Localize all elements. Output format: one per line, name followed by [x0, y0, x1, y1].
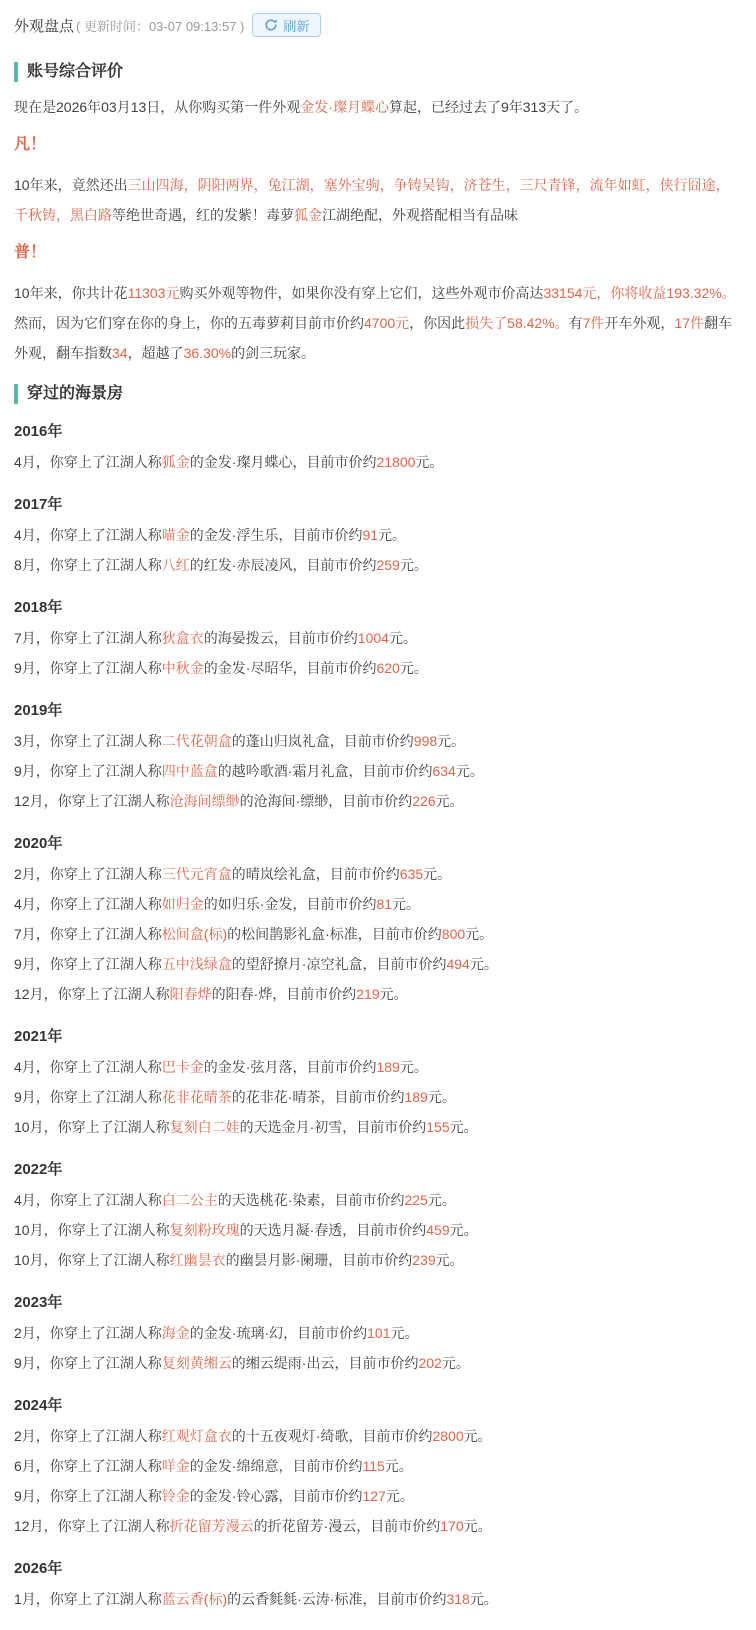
- plain-text: 7月，你穿上了江湖人称: [14, 926, 162, 942]
- highlight-text: 如归金: [162, 896, 204, 912]
- year-heading: 2026年: [14, 1554, 742, 1584]
- highlight-text: 800: [442, 926, 465, 942]
- highlight-text: 259: [376, 557, 399, 573]
- plain-text: 10年来，竟然还出: [14, 177, 128, 193]
- refresh-button[interactable]: 刷新: [252, 13, 321, 37]
- plain-text: 的望舒撩月·凉空礼盒，目前市价约: [232, 956, 447, 972]
- plain-text: 的红发·赤辰凌风，目前市价约: [190, 557, 377, 573]
- worn-entry: 12月，你穿上了江湖人称折花留芳漫云的折花留芳·漫云，目前市价约170元。: [14, 1511, 742, 1541]
- highlight-text: 损失了58.42%。: [465, 315, 568, 331]
- plain-text: 元。: [400, 660, 428, 676]
- grade-label-fan: 凡！: [14, 130, 742, 160]
- highlight-text: 101: [367, 1325, 390, 1341]
- plain-text: 的金发·琉璃·幻，目前市价约: [190, 1325, 367, 1341]
- plain-text: 元。: [428, 1089, 456, 1105]
- plain-text: 的蓬山归岚礼盒，目前市价约: [232, 733, 414, 749]
- highlight-text: 松间盒(标): [162, 926, 227, 942]
- plain-text: 等绝世奇遇，红的发紫！毒萝: [112, 207, 294, 223]
- worn-entry: 1月，你穿上了江湖人称蓝云香(标)的云香毵毵·云涛·标准，目前市价约318元。: [14, 1584, 742, 1614]
- plain-text: 的云香毵毵·云涛·标准，目前市价约: [227, 1591, 446, 1607]
- highlight-text: 620: [376, 660, 399, 676]
- highlight-text: 635: [400, 866, 423, 882]
- pu-paragraph: 10年来，你共计花11303元购买外观等物件，如果你没有穿上它们，这些外观市价高…: [14, 278, 742, 368]
- highlight-text: 咩金: [162, 1458, 190, 1474]
- plain-text: 4月，你穿上了江湖人称: [14, 1192, 162, 1208]
- year-heading: 2020年: [14, 829, 742, 859]
- plain-text: 的金发·尽昭华，目前市价约: [204, 660, 377, 676]
- plain-text: 有: [569, 315, 583, 331]
- highlight-text: 226: [412, 793, 435, 809]
- plain-text: 元。: [423, 866, 451, 882]
- plain-text: 10月，你穿上了江湖人称: [14, 1222, 170, 1238]
- worn-entry: 12月，你穿上了江湖人称沧海间缥缈的沧海间·缥缈，目前市价约226元。: [14, 786, 742, 816]
- worn-entry: 12月，你穿上了江湖人称阳春烨的阳春·烨，目前市价约219元。: [14, 979, 742, 1009]
- plain-text: 元。: [442, 1355, 470, 1371]
- highlight-text: 四中蓝盒: [162, 763, 218, 779]
- plain-text: 元。: [390, 1325, 418, 1341]
- worn-entry: 7月，你穿上了江湖人称松间盒(标)的松间鹊影礼盒·标准，目前市价约800元。: [14, 919, 742, 949]
- worn-entry: 9月，你穿上了江湖人称四中蓝盒的越吟歌酒·霜月礼盒，目前市价约634元。: [14, 756, 742, 786]
- plain-text: 12月，你穿上了江湖人称: [14, 986, 170, 1002]
- page-header: 外观盘点 ( 更新时间：03-07 09:13:57 ) 刷新: [0, 0, 756, 46]
- plain-text: 元。: [378, 527, 406, 543]
- plain-text: 元。: [436, 793, 464, 809]
- highlight-text: 33154元，你将收益193.32%。: [543, 285, 735, 301]
- plain-text: 的金发·璨月蝶心，目前市价约: [190, 454, 377, 470]
- section-title-account-evaluation: 账号综合评价: [14, 62, 742, 82]
- plain-text: 元。: [380, 986, 408, 1002]
- highlight-text: 花非花晴茶: [162, 1089, 232, 1105]
- plain-text: 元。: [470, 956, 498, 972]
- worn-entry: 10月，你穿上了江湖人称复刻粉玫瑰的天选月凝·春透，目前市价约459元。: [14, 1215, 742, 1245]
- fan-paragraph: 10年来，竟然还出三山四海，阴阳两界，兔江湖，塞外宝驹，争铸吴钩，济苍生，三尺青…: [14, 170, 742, 230]
- plain-text: 的金发·弦月落，目前市价约: [204, 1059, 377, 1075]
- highlight-text: 202: [418, 1355, 441, 1371]
- year-heading: 2021年: [14, 1022, 742, 1052]
- plain-text: 元。: [456, 763, 484, 779]
- highlight-text: 34: [112, 345, 128, 361]
- plain-text: 的金发·浮生乐，目前市价约: [190, 527, 363, 543]
- highlight-text: 219: [356, 986, 379, 1002]
- highlight-text: 白二公主: [162, 1192, 218, 1208]
- plain-text: 的十五夜观灯·绮歌，目前市价约: [232, 1428, 433, 1444]
- plain-text: 10月，你穿上了江湖人称: [14, 1119, 170, 1135]
- highlight-text: 复刻粉玫瑰: [170, 1222, 240, 1238]
- highlight-text: 二代花朝盒: [162, 733, 232, 749]
- highlight-text: 4700元: [364, 315, 409, 331]
- highlight-text: 喵金: [162, 527, 190, 543]
- plain-text: 1月，你穿上了江湖人称: [14, 1591, 162, 1607]
- plain-text: 2月，你穿上了江湖人称: [14, 866, 162, 882]
- highlight-text: 170: [440, 1518, 463, 1534]
- highlight-text: 81: [376, 896, 392, 912]
- highlight-text: 沧海间缥缈: [170, 793, 240, 809]
- grade-label-pu: 普！: [14, 238, 742, 268]
- year-heading: 2024年: [14, 1391, 742, 1421]
- plain-text: 元。: [428, 1192, 456, 1208]
- plain-text: ，你因此: [409, 315, 465, 331]
- plain-text: 的缃云缇雨·出云，目前市价约: [232, 1355, 419, 1371]
- worn-entry: 9月，你穿上了江湖人称五中浅绿盒的望舒撩月·凉空礼盒，目前市价约494元。: [14, 949, 742, 979]
- plain-text: 9月，你穿上了江湖人称: [14, 1089, 162, 1105]
- page-title: 外观盘点: [14, 15, 74, 36]
- worn-entry: 4月，你穿上了江湖人称白二公主的天选桃花·染素，目前市价约225元。: [14, 1185, 742, 1215]
- plain-text: 2月，你穿上了江湖人称: [14, 1428, 162, 1444]
- highlight-text: 494: [446, 956, 469, 972]
- plain-text: 元。: [450, 1222, 478, 1238]
- highlight-text: 蓝云香(标): [162, 1591, 227, 1607]
- plain-text: 的天选金月·初雪，目前市价约: [240, 1119, 427, 1135]
- worn-entry: 6月，你穿上了江湖人称咩金的金发·绵绵意，目前市价约115元。: [14, 1451, 742, 1481]
- year-heading: 2017年: [14, 490, 742, 520]
- highlight-text: 红观灯盒衣: [162, 1428, 232, 1444]
- highlight-text: 狐金: [162, 454, 190, 470]
- highlight-text: 189: [376, 1059, 399, 1075]
- plain-text: 的天选桃花·染素，目前市价约: [218, 1192, 405, 1208]
- worn-years: 2016年4月，你穿上了江湖人称狐金的金发·璨月蝶心，目前市价约21800元。2…: [14, 417, 742, 1614]
- plain-text: 购买外观等物件，如果你没有穿上它们，这些外观市价高达: [179, 285, 543, 301]
- worn-entry: 9月，你穿上了江湖人称铃金的金发·铃心露，目前市价约127元。: [14, 1481, 742, 1511]
- highlight-text: 红幽昙衣: [170, 1252, 226, 1268]
- worn-entry: 4月，你穿上了江湖人称巴卡金的金发·弦月落，目前市价约189元。: [14, 1052, 742, 1082]
- plain-text: 8月，你穿上了江湖人称: [14, 557, 162, 573]
- appearance-report-page: 外观盘点 ( 更新时间：03-07 09:13:57 ) 刷新 账号综合评价 现…: [0, 0, 756, 1630]
- year-heading: 2022年: [14, 1155, 742, 1185]
- worn-entry: 10月，你穿上了江湖人称复刻白二娃的天选金月·初雪，目前市价约155元。: [14, 1112, 742, 1142]
- refresh-icon: [264, 18, 278, 32]
- plain-text: 的天选月凝·春透，目前市价约: [240, 1222, 427, 1238]
- year-heading: 2023年: [14, 1288, 742, 1318]
- worn-entry: 9月，你穿上了江湖人称花非花晴茶的花非花·晴茶，目前市价约189元。: [14, 1082, 742, 1112]
- update-time: ( 更新时间：03-07 09:13:57 ): [76, 16, 244, 35]
- plain-text: 元。: [415, 454, 443, 470]
- worn-entry: 7月，你穿上了江湖人称狄盒衣的海晏拨云，目前市价约1004元。: [14, 623, 742, 653]
- plain-text: 6月，你穿上了江湖人称: [14, 1458, 162, 1474]
- plain-text: 元。: [400, 1059, 428, 1075]
- plain-text: 12月，你穿上了江湖人称: [14, 793, 170, 809]
- plain-text: 的海晏拨云，目前市价约: [204, 630, 358, 646]
- highlight-text: 115: [362, 1458, 384, 1474]
- plain-text: 的沧海间·缥缈，目前市价约: [240, 793, 413, 809]
- highlight-text: 三代元宵盒: [162, 866, 232, 882]
- plain-text: 12月，你穿上了江湖人称: [14, 1518, 170, 1534]
- plain-text: 元。: [437, 733, 465, 749]
- plain-text: 开车外观，: [604, 315, 674, 331]
- plain-text: 元。: [465, 926, 493, 942]
- plain-text: 10年来，你共计花: [14, 285, 128, 301]
- plain-text: 算起，已经过去了9年313天了。: [389, 99, 588, 115]
- plain-text: 元。: [436, 1252, 464, 1268]
- plain-text: 10月，你穿上了江湖人称: [14, 1252, 170, 1268]
- plain-text: 江湖绝配，外观搭配相当有品味: [322, 207, 518, 223]
- highlight-text: 阳春烨: [170, 986, 212, 1002]
- highlight-text: 189: [404, 1089, 427, 1105]
- worn-entry: 4月，你穿上了江湖人称喵金的金发·浮生乐，目前市价约91元。: [14, 520, 742, 550]
- plain-text: 的金发·铃心露，目前市价约: [190, 1488, 363, 1504]
- plain-text: 元。: [464, 1428, 492, 1444]
- plain-text: 元。: [386, 1488, 414, 1504]
- worn-entry: 9月，你穿上了江湖人称中秋金的金发·尽昭华，目前市价约620元。: [14, 653, 742, 683]
- highlight-text: 五中浅绿盒: [162, 956, 232, 972]
- plain-text: 4月，你穿上了江湖人称: [14, 454, 162, 470]
- plain-text: 现在是2026年03月13日，从你购买第一件外观: [14, 99, 300, 115]
- highlight-text: 239: [412, 1252, 435, 1268]
- highlight-text: 复刻黄缃云: [162, 1355, 232, 1371]
- plain-text: 的剑三玩家。: [231, 345, 315, 361]
- plain-text: 9月，你穿上了江湖人称: [14, 956, 162, 972]
- plain-text: 2月，你穿上了江湖人称: [14, 1325, 162, 1341]
- highlight-text: 铃金: [162, 1488, 190, 1504]
- worn-entry: 8月，你穿上了江湖人称八红的红发·赤辰凌风，目前市价约259元。: [14, 550, 742, 580]
- worn-entry: 4月，你穿上了江湖人称狐金的金发·璨月蝶心，目前市价约21800元。: [14, 447, 742, 477]
- plain-text: 4月，你穿上了江湖人称: [14, 1059, 162, 1075]
- highlight-text: 225: [404, 1192, 427, 1208]
- worn-entry: 2月，你穿上了江湖人称三代元宵盒的晴岚绘礼盒，目前市价约635元。: [14, 859, 742, 889]
- plain-text: 元。: [400, 557, 428, 573]
- worn-entry: 2月，你穿上了江湖人称海金的金发·琉璃·幻，目前市价约101元。: [14, 1318, 742, 1348]
- worn-entry: 9月，你穿上了江湖人称复刻黄缃云的缃云缇雨·出云，目前市价约202元。: [14, 1348, 742, 1378]
- year-heading: 2016年: [14, 417, 742, 447]
- plain-text: 的花非花·晴茶，目前市价约: [232, 1089, 405, 1105]
- plain-text: 的松间鹊影礼盒·标准，目前市价约: [227, 926, 442, 942]
- year-heading: 2019年: [14, 696, 742, 726]
- plain-text: 4月，你穿上了江湖人称: [14, 527, 162, 543]
- worn-entry: 10月，你穿上了江湖人称红幽昙衣的幽昙月影·阑珊，目前市价约239元。: [14, 1245, 742, 1275]
- plain-text: 9月，你穿上了江湖人称: [14, 1488, 162, 1504]
- year-heading: 2018年: [14, 593, 742, 623]
- plain-text: 的幽昙月影·阑珊，目前市价约: [226, 1252, 413, 1268]
- highlight-text: 2800: [432, 1428, 463, 1444]
- highlight-text: 八红: [162, 557, 190, 573]
- plain-text: 元。: [385, 1458, 413, 1474]
- highlight-text: 复刻白二娃: [170, 1119, 240, 1135]
- plain-text: 的如归乐·金发，目前市价约: [204, 896, 377, 912]
- plain-text: 然而，因为它们穿在你的身上，你的五毒萝莉目前市价约: [14, 315, 364, 331]
- plain-text: ，超越了: [128, 345, 184, 361]
- plain-text: 的越吟歌酒·霜月礼盒，目前市价约: [218, 763, 433, 779]
- plain-text: 元。: [464, 1518, 492, 1534]
- plain-text: 9月，你穿上了江湖人称: [14, 660, 162, 676]
- plain-text: 4月，你穿上了江湖人称: [14, 896, 162, 912]
- highlight-text: 91: [362, 527, 378, 543]
- highlight-text: 634: [432, 763, 455, 779]
- plain-text: 元。: [392, 896, 420, 912]
- highlight-text: 17件: [674, 315, 704, 331]
- plain-text: 3月，你穿上了江湖人称: [14, 733, 162, 749]
- plain-text: 7月，你穿上了江湖人称: [14, 630, 162, 646]
- worn-entry: 3月，你穿上了江湖人称二代花朝盒的蓬山归岚礼盒，目前市价约998元。: [14, 726, 742, 756]
- highlight-text: 金发·璨月蝶心: [300, 99, 389, 115]
- highlight-text: 318: [446, 1591, 469, 1607]
- highlight-text: 127: [362, 1488, 385, 1504]
- highlight-text: 中秋金: [162, 660, 204, 676]
- highlight-text: 155: [426, 1119, 449, 1135]
- highlight-text: 狄盒衣: [162, 630, 204, 646]
- highlight-text: 11303元: [128, 285, 180, 301]
- plain-text: 元。: [450, 1119, 478, 1135]
- section-title-worn-items: 穿过的海景房: [14, 384, 742, 404]
- highlight-text: 998: [414, 733, 437, 749]
- highlight-text: 7件: [583, 315, 605, 331]
- highlight-text: 折花留芳漫云: [170, 1518, 254, 1534]
- plain-text: 的金发·绵绵意，目前市价约: [190, 1458, 363, 1474]
- highlight-text: 36.30%: [184, 345, 231, 361]
- highlight-text: 21800: [376, 454, 415, 470]
- plain-text: 元。: [470, 1591, 498, 1607]
- highlight-text: 狐金: [294, 207, 322, 223]
- intro-paragraph: 现在是2026年03月13日，从你购买第一件外观金发·璨月蝶心算起，已经过去了9…: [14, 92, 742, 122]
- highlight-text: 459: [426, 1222, 449, 1238]
- plain-text: 的晴岚绘礼盒，目前市价约: [232, 866, 400, 882]
- worn-entry: 4月，你穿上了江湖人称如归金的如归乐·金发，目前市价约81元。: [14, 889, 742, 919]
- highlight-text: 1004: [358, 630, 389, 646]
- worn-entry: 2月，你穿上了江湖人称红观灯盒衣的十五夜观灯·绮歌，目前市价约2800元。: [14, 1421, 742, 1451]
- plain-text: 9月，你穿上了江湖人称: [14, 763, 162, 779]
- plain-text: 的阳春·烨，目前市价约: [212, 986, 357, 1002]
- refresh-label: 刷新: [283, 16, 309, 35]
- plain-text: 元。: [389, 630, 417, 646]
- plain-text: 的折花留芳·漫云，目前市价约: [254, 1518, 441, 1534]
- highlight-text: 巴卡金: [162, 1059, 204, 1075]
- highlight-text: 海金: [162, 1325, 190, 1341]
- plain-text: 9月，你穿上了江湖人称: [14, 1355, 162, 1371]
